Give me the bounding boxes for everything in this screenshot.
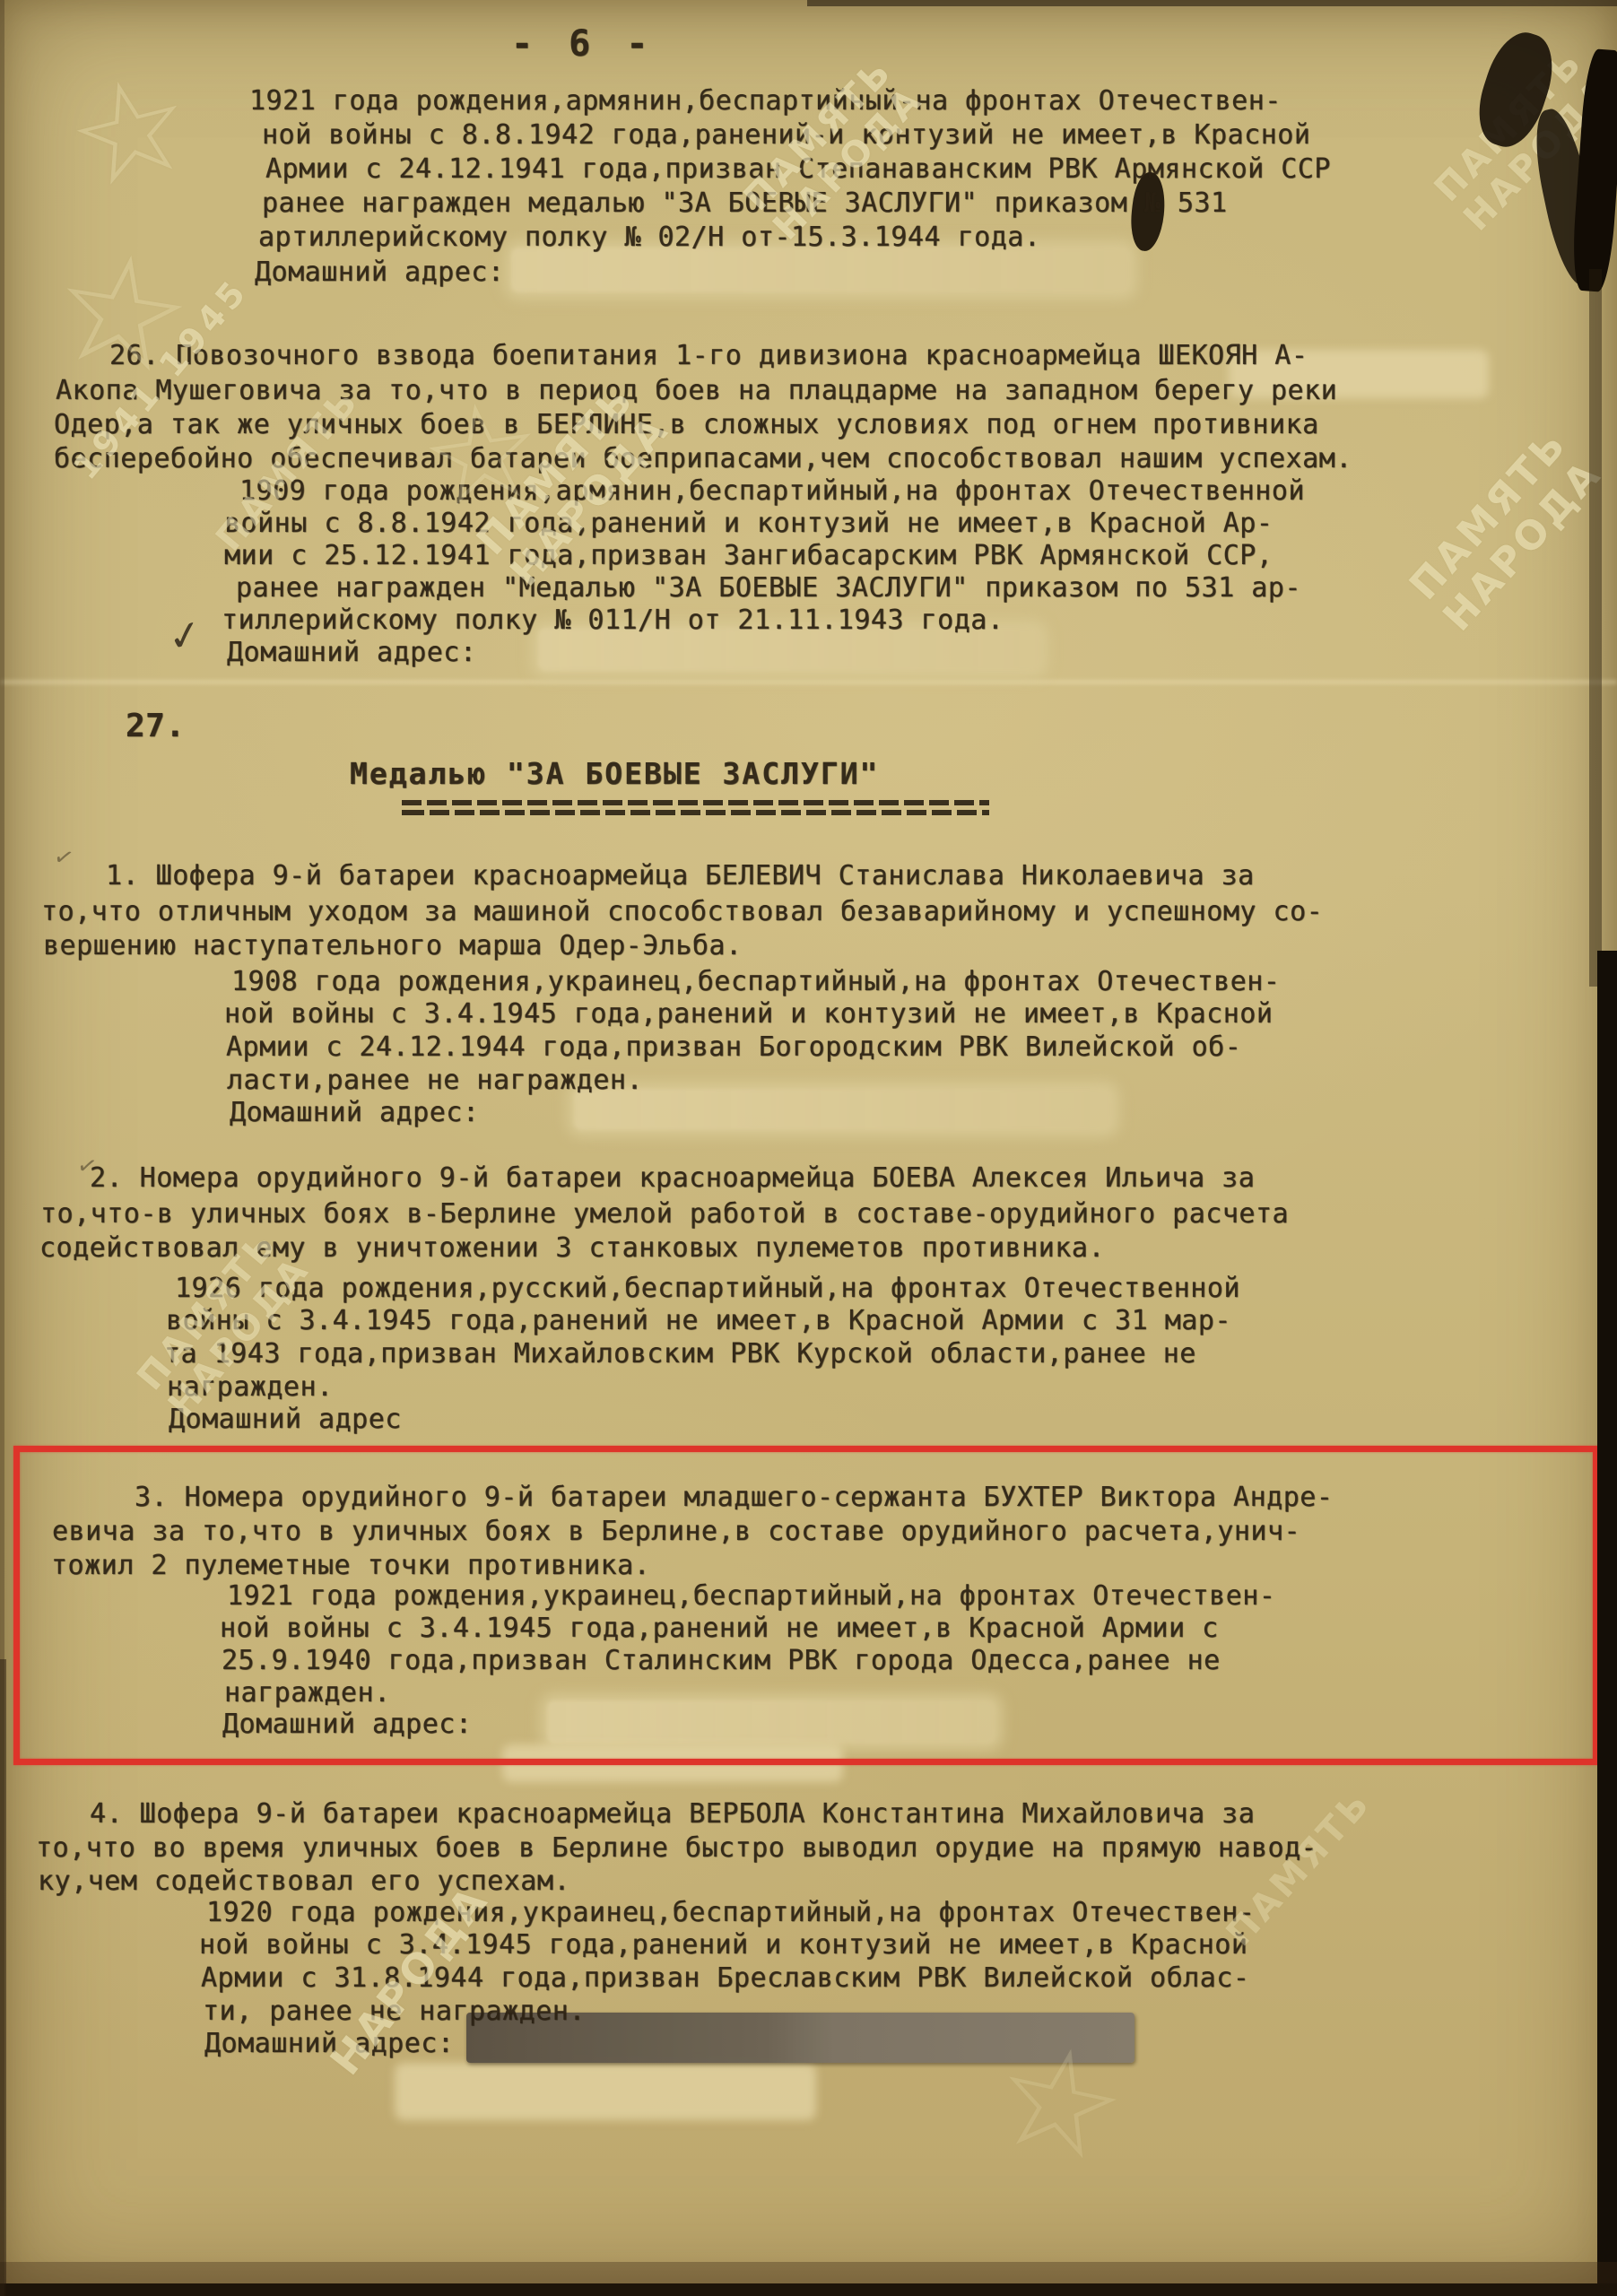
- entry-3-line-3: тожил 2 пулеметные точки противника.: [51, 1551, 650, 1581]
- entry-4-detail-3: Армии с 31.8.1944 года,призван Бреславск…: [201, 1963, 1249, 1994]
- torn-corner: [1468, 24, 1564, 154]
- memory-watermark: ПАМЯТЬ НАРОДА: [1400, 421, 1611, 640]
- star-watermark-icon: ☆: [53, 41, 208, 222]
- entry-25-line-3: Армии с 24.12.1941 года,призван Степанав…: [265, 154, 1331, 185]
- entry-26-line-2: Акопа Мушеговича за то,что в период боев…: [56, 376, 1337, 406]
- entry-2-detail-3: та 1943 года,призван Михайловским РВК Ку…: [164, 1339, 1196, 1370]
- entry-26-detail-1: 1909 года рождения,армянин,беспартийный,…: [239, 476, 1305, 507]
- scan-edge-top: [807, 0, 1617, 6]
- pen-checkmark: ✓: [52, 839, 75, 874]
- medal-heading: Медалью "ЗА БОЕВЫЕ ЗАСЛУГИ": [350, 759, 879, 789]
- entry-26-detail-5: тиллерийскому полку № 011/Н от 21.11.194…: [222, 605, 1004, 636]
- redaction-blur: [511, 248, 1130, 292]
- paper-smudge: [395, 2063, 816, 2120]
- entry-26-line-3: Одер,а так же уличных боев в БЕРЛИНЕ,в с…: [54, 410, 1319, 440]
- entry-26-detail-3: мии с 25.12.1941 года,призван Зангибасар…: [224, 541, 1273, 571]
- entry-2-line-1: 2. Номера орудийного 9-й батареи красноа…: [90, 1163, 1255, 1194]
- entry-4-detail-4: ти, ранее не награжден.: [203, 1996, 586, 2027]
- entry-4-line-3: ку,чем содействовал его успехам.: [38, 1866, 570, 1897]
- entry-26-line-4: бесперебойно обеспечивал батареи боеприп…: [54, 444, 1352, 474]
- section-number: 27.: [126, 711, 186, 742]
- entry-25-line-4: ранее награжден медалью "ЗА БОЕВЫЕ ЗАСЛУ…: [262, 188, 1228, 219]
- entry-3-detail-1: 1921 года рождения,украинец,беспартийный…: [227, 1581, 1275, 1612]
- entry-2-line-3: содействовал ему в уничтожении 3 станков…: [39, 1233, 1105, 1264]
- memory-watermark: ПАМЯТЬ НАРОДА: [1426, 41, 1617, 239]
- entry-1-detail-1: 1908 года рождения,украинец,беспартийный…: [231, 967, 1280, 997]
- entry-25-line-2: ной войны с 8.8.1942 года,ранений-и конт…: [262, 120, 1310, 151]
- entry-4-line-1: 4. Шофера 9-й батареи красноармейца ВЕРБ…: [90, 1799, 1255, 1830]
- redaction-blur: [574, 1089, 1112, 1130]
- entry-25-line-5: артиллерийскому полку № 02/Н от-15.3.194…: [258, 222, 1040, 253]
- scan-edge-right: [1589, 269, 1602, 987]
- scan-edge-bottom: [0, 2283, 1617, 2296]
- pen-checkmark: ✓: [166, 606, 203, 665]
- entry-1-detail-4: ласти,ранее не награжден.: [227, 1065, 643, 1096]
- entry-1-line-2: то,что отличным уходом за машиной способ…: [41, 897, 1323, 927]
- entry-1-detail-3: Армии с 24.12.1944 года,призван Богородс…: [226, 1032, 1241, 1063]
- entry-3-detail-2: ной войны с 3.4.1945 года,ранений не име…: [220, 1613, 1219, 1644]
- entry-1-line-1: 1. Шофера 9-й батареи красноармейца БЕЛЕ…: [106, 861, 1255, 891]
- entry-1-detail-2: ной войны с 3.4.1945 года,ранений и конт…: [224, 999, 1273, 1030]
- entry-25-address-label: Домашний адрес:: [255, 257, 504, 288]
- scan-edge-bottom: [0, 2262, 1617, 2285]
- entry-2-detail-1: 1926 года рождения,русский,беспартийный,…: [175, 1274, 1240, 1304]
- entry-4-line-2: то,что во время уличных боев в Берлине б…: [36, 1833, 1317, 1864]
- page-number: - 6 -: [511, 29, 655, 59]
- entry-4-address-label: Домашний адрес:: [204, 2029, 454, 2059]
- entry-1-line-3: вершению наступательного марша Одер-Эльб…: [43, 931, 743, 961]
- entry-3-detail-4: награжден.: [224, 1678, 391, 1709]
- scan-edge-right: [1597, 951, 1617, 2296]
- torn-corner: [1570, 48, 1617, 292]
- entry-26-address-label: Домашний адрес:: [227, 638, 476, 668]
- entry-25-line-1: 1921 года рождения,армянин,беспартийный-…: [249, 86, 1282, 117]
- entry-2-address-label: Домашний адрес: [169, 1405, 402, 1435]
- heading-underline: [402, 800, 989, 816]
- scan-edge-left: [0, 1659, 6, 2296]
- entry-2-detail-2: войны с 3.4.1945 года,ранений не имеет,в…: [166, 1306, 1231, 1336]
- entry-2-detail-4: награжден.: [167, 1372, 334, 1403]
- entry-3-line-2: евича за то,что в уличных боях в Берлине…: [52, 1517, 1300, 1547]
- entry-4-detail-2: ной войны с 3.4.1945 года,ранений и конт…: [199, 1930, 1248, 1961]
- entry-3-address-label: Домашний адрес:: [222, 1709, 472, 1740]
- entry-4-detail-1: 1920 года рождения,украинец,беспартийный…: [206, 1898, 1255, 1928]
- scanned-document-page: - 6 - 1921 года рождения,армянин,беспарт…: [0, 0, 1617, 2296]
- paper-crease: [0, 680, 1617, 684]
- entry-3-line-1: 3. Номера орудийного 9-й батареи младшег…: [135, 1483, 1333, 1513]
- scan-edge-left: [0, 0, 4, 2296]
- entry-2-line-2: то,что-в уличных боях в-Берлине умелой р…: [40, 1199, 1289, 1230]
- entry-1-address-label: Домашний адрес:: [230, 1098, 479, 1128]
- entry-26-detail-2: войны с 8.8.1942 года,ранений и контузий…: [224, 509, 1273, 539]
- torn-corner: [1526, 105, 1607, 290]
- entry-3-detail-3: 25.9.1940 года,призван Сталинским РВК го…: [222, 1646, 1221, 1676]
- entry-26-line-1: 26. Повозочного взвода боепитания 1-го д…: [109, 341, 1308, 371]
- entry-26-detail-4: ранее награжден "Медалью "ЗА БОЕВЫЕ ЗАСЛ…: [236, 573, 1301, 604]
